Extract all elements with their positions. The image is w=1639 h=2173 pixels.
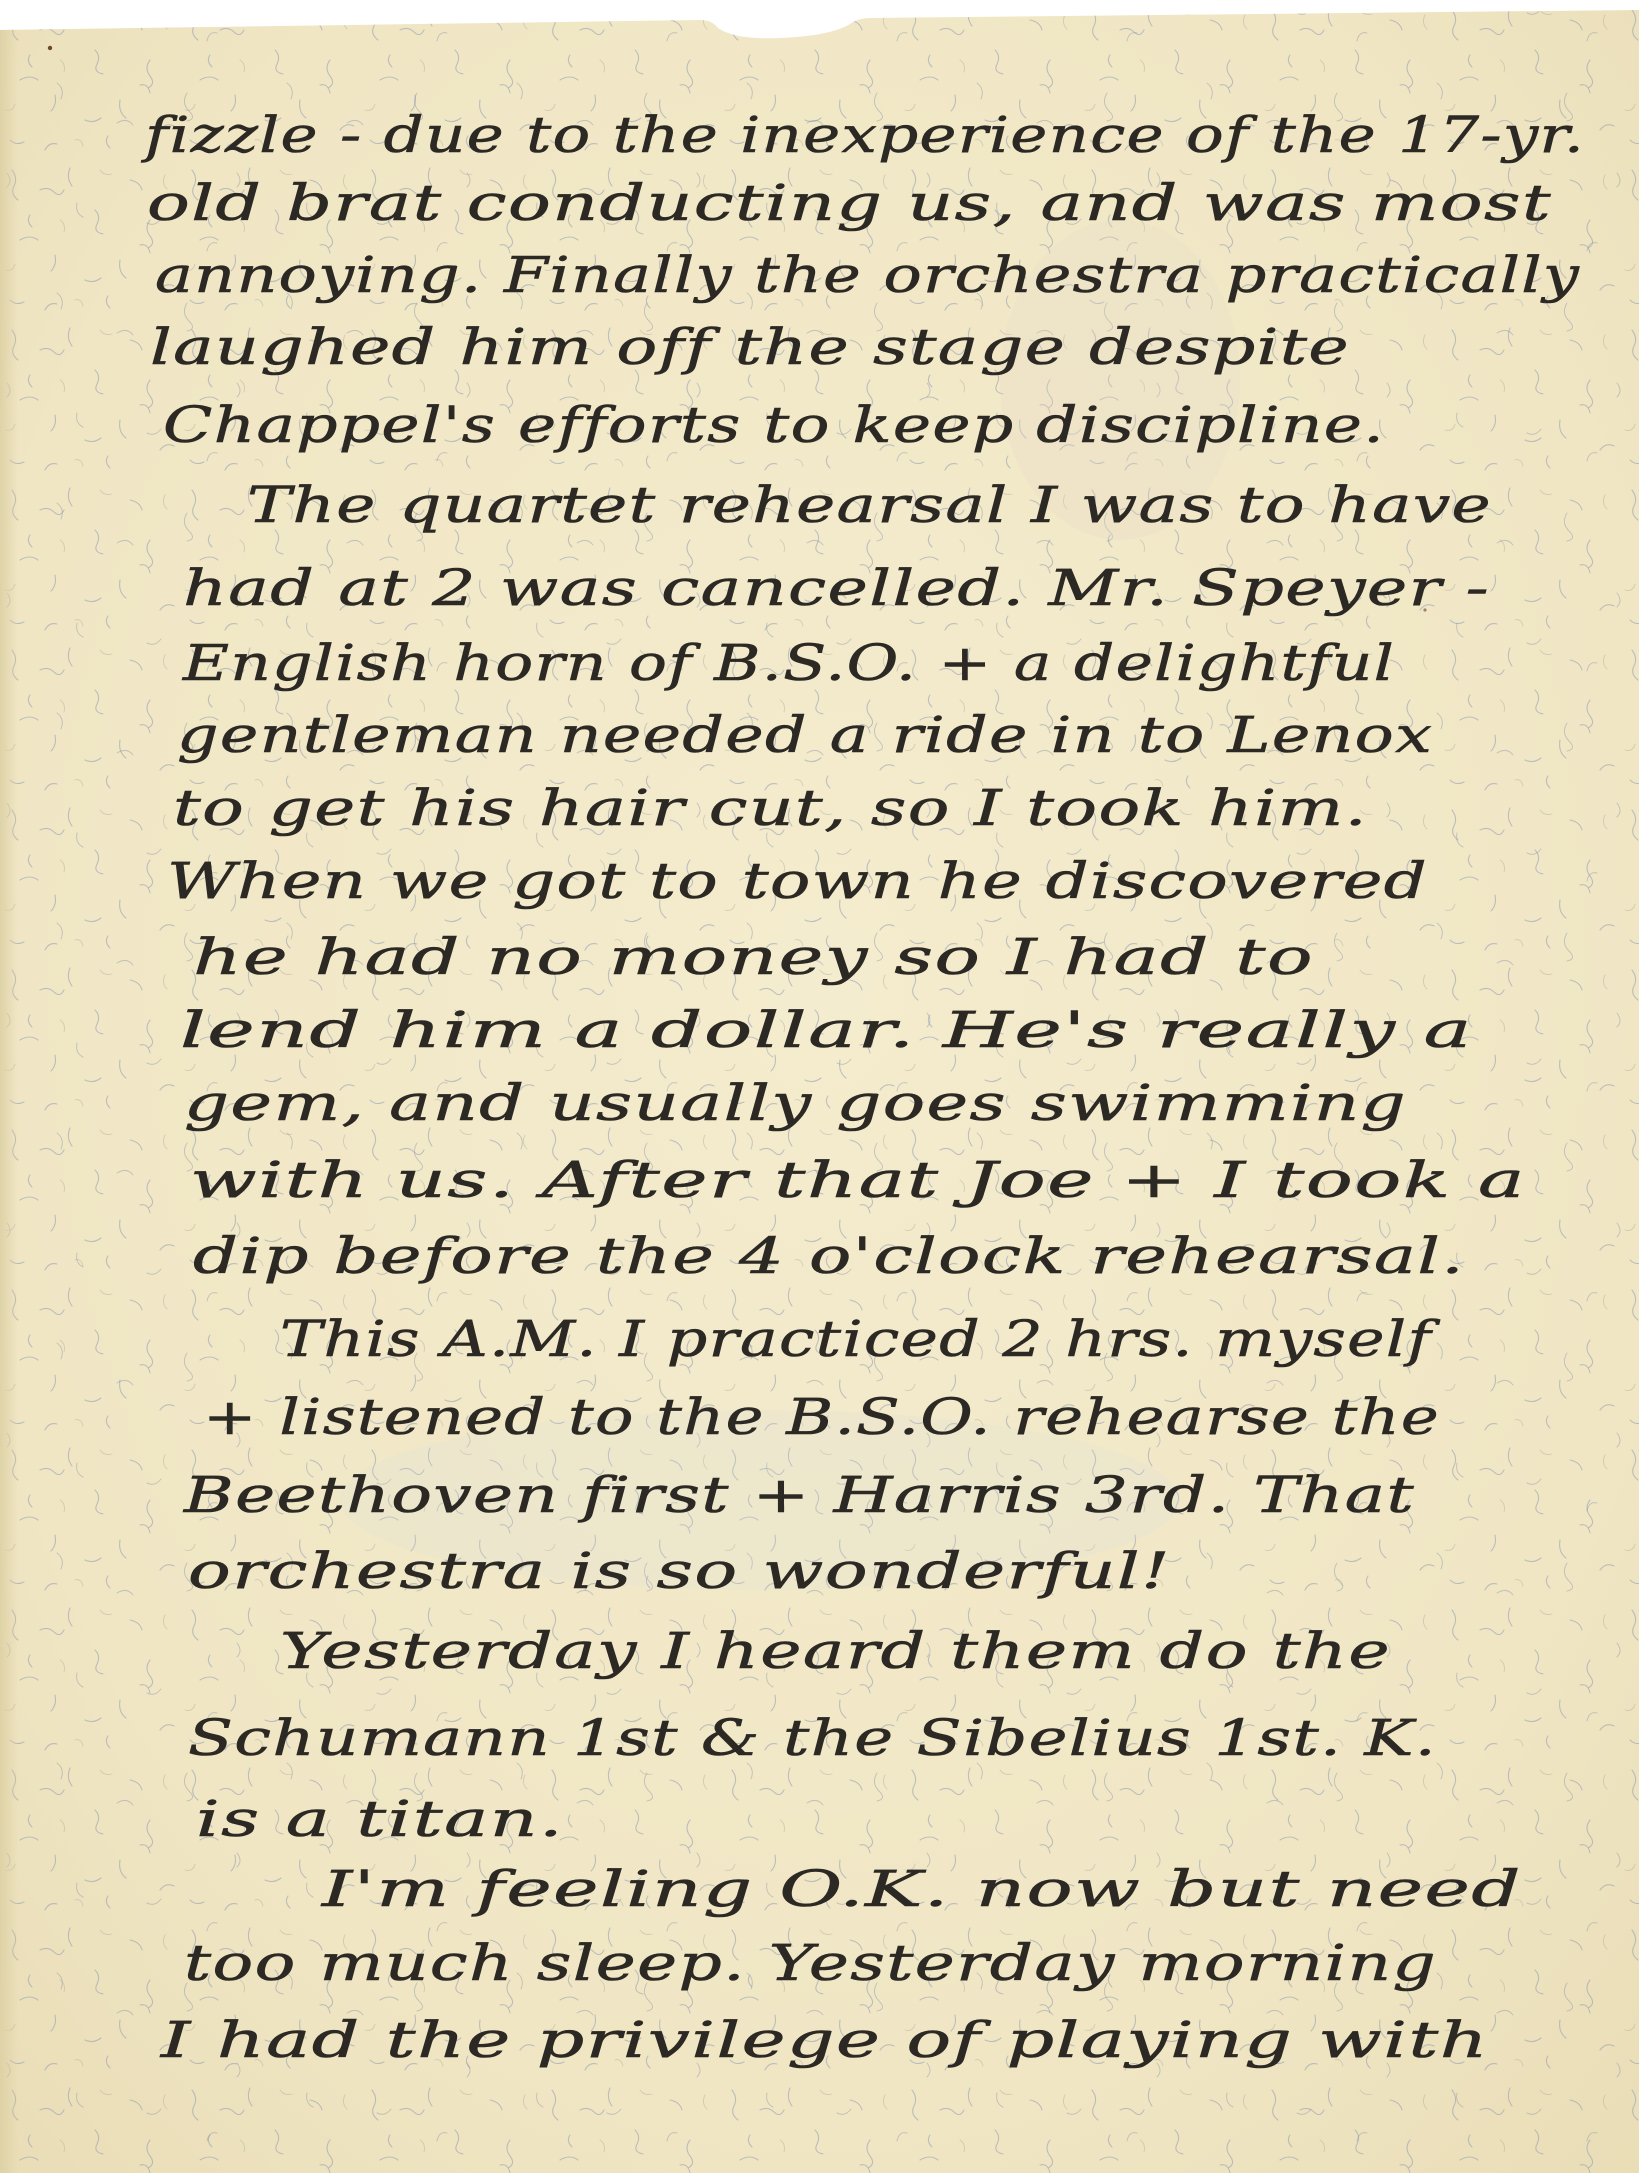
letter-line-5: Chappel's efforts to keep discipline. [163,396,1385,454]
letter-line-24: I'm feeling O.K. now but need [320,1860,1522,1918]
letter-line-3: annoying. Finally the orchestra practica… [155,246,1580,304]
letter-line-7: had at 2 was cancelled. Mr. Speyer - [183,559,1490,617]
letter-line-4: laughed him off the stage despite [150,318,1350,376]
letter-page-scan: fizzle - due to the inexperience of the … [0,0,1639,2173]
letter-line-17: This A.M. I practiced 2 hrs. myself [280,1310,1440,1368]
letter-line-21: Yesterday I heard them do the [280,1622,1391,1680]
letter-line-22: Schumann 1st & the Sibelius 1st. K. [188,1709,1437,1767]
letter-line-11: When we got to town he discovered [167,852,1428,910]
letter-line-25: too much sleep. Yesterday morning [184,1934,1437,1992]
letter-line-26: I had the privilege of playing with [160,2011,1489,2069]
letter-line-10: to get his hair cut, so I took him. [173,779,1368,837]
letter-line-18: + listened to the B.S.O. rehearse the [203,1388,1440,1446]
letter-line-19: Beethoven first + Harris 3rd. That [183,1466,1415,1524]
letter-line-6: The quartet rehearsal I was to have [247,476,1492,534]
letter-line-13: lend him a dollar. He's really a [180,1001,1473,1059]
letter-line-9: gentleman needed a ride in to Lenox [177,706,1433,764]
letter-line-20: orchestra is so wonderful! [188,1542,1171,1600]
letter-line-2: old brat conducting us, and was most [147,174,1552,232]
letter-line-12: he had no money so I had to [193,928,1314,986]
letter-line-8: English horn of B.S.O. + a delightful [182,634,1395,692]
letter-line-1: fizzle - due to the inexperience of the … [140,106,1585,164]
letter-line-14: gem, and usually goes swimming [184,1074,1407,1132]
letter-line-15: with us. After that Joe + I took a [190,1151,1526,1209]
letter-line-23: is a titan. [196,1790,564,1848]
letter-line-16: dip before the 4 o'clock rehearsal. [193,1227,1465,1285]
